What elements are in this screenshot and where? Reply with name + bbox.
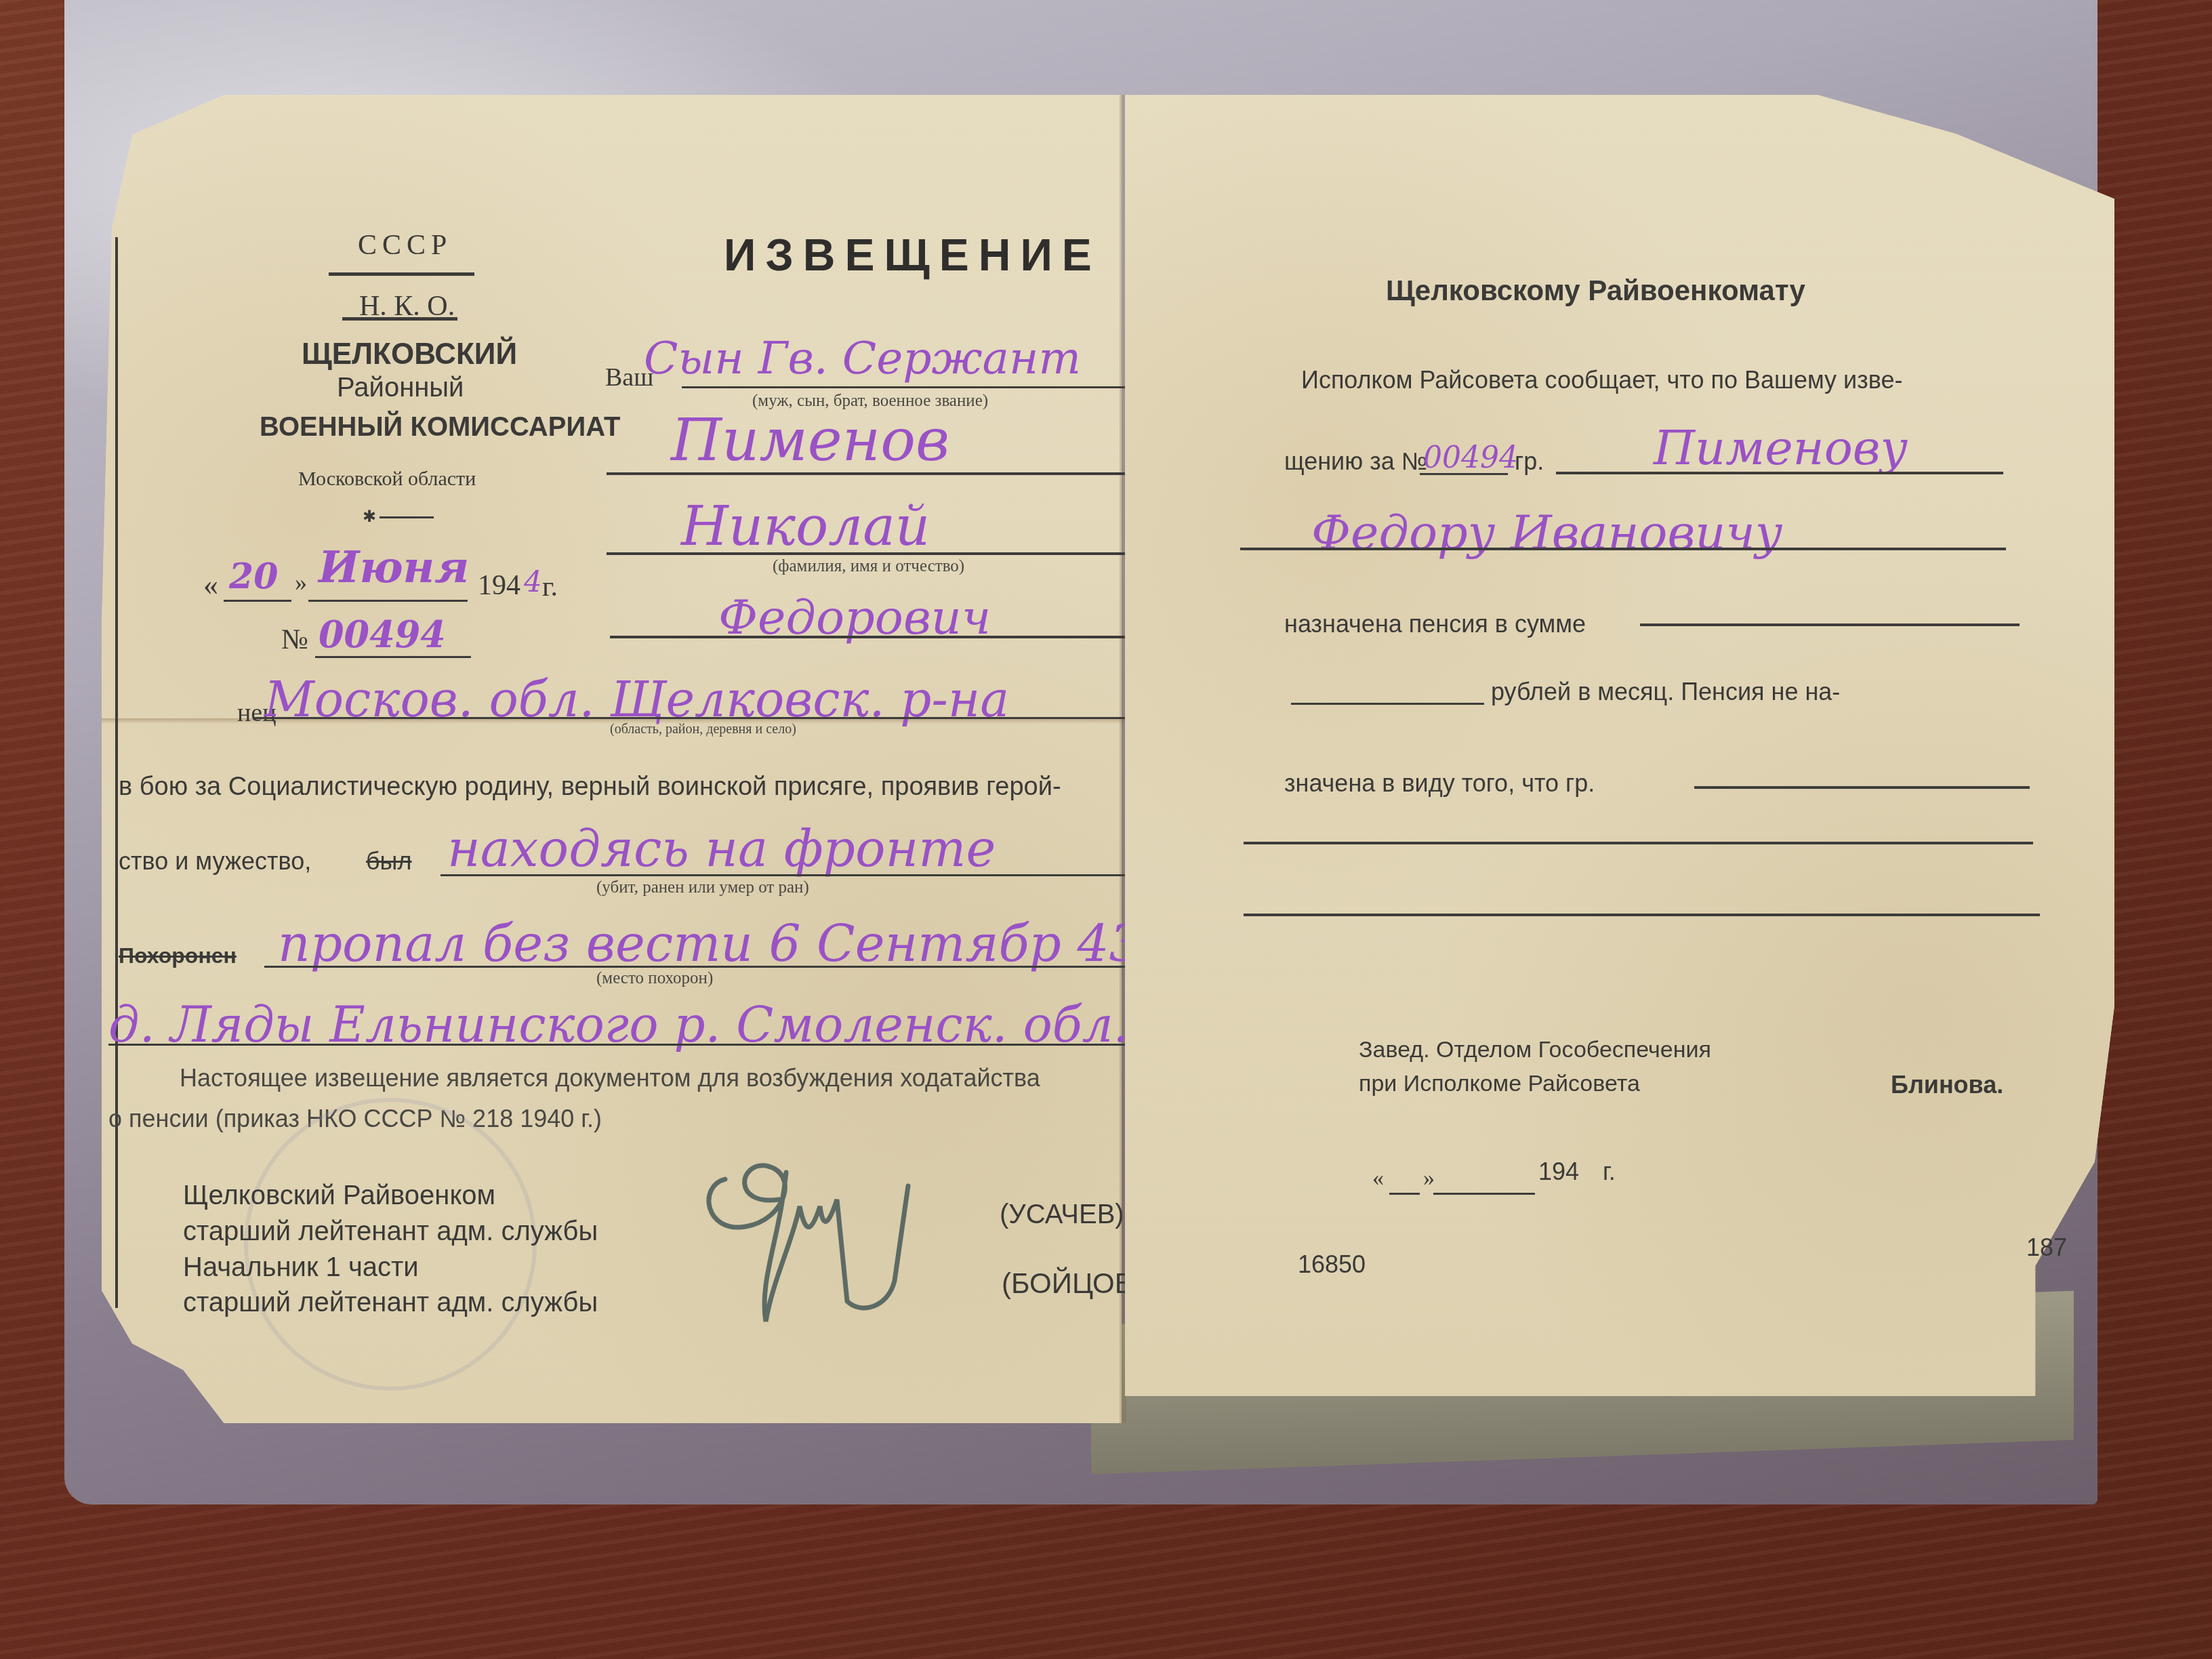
header-country: СССР [358,229,452,262]
right-reason-line-2 [1244,842,2033,844]
right-date-suffix: г. [1603,1158,1616,1186]
signature-icon [684,1145,956,1335]
right-number-value: 00494 [1423,441,1518,475]
origin-value: Москов. обл. Щелковск. р-на [264,671,1009,728]
body-text-line-2: ство и мужество, [119,847,311,876]
right-surname-value: Пименову [1654,420,1908,476]
right-date-day-line [1389,1193,1420,1195]
date-month: Июня [319,542,469,593]
header-district: ЩЕЛКОВСКИЙ [302,337,517,371]
burial-value: пропал без вести 6 Сентябр 43 [278,915,1141,973]
right-reason-line [1694,786,2030,789]
date-open-quote: « [203,568,218,602]
signatory-line-4: старший лейтенант адм. службы [183,1288,598,1318]
right-name-value: Федору Ивановичу [1311,505,1782,560]
print-code: 16850 [1298,1250,1366,1279]
left-border-line [115,237,118,1308]
star-icon: ✱ [363,507,376,527]
body-text-line-1: в бою за Социалистическую родину, верный… [119,773,1061,802]
relation-value: Сын Гв. Сержант [644,332,1081,384]
status-line [441,874,1200,876]
status-caption: (убит, ранен или умер от ран) [596,878,809,897]
right-line-6: значена в виду того, что гр. [1284,769,1595,798]
right-date-open: « [1372,1166,1384,1191]
right-official-2: при Исполкоме Райсовета [1359,1071,1640,1097]
page-number: 187 [2026,1233,2067,1262]
right-name-line [1240,548,2006,550]
date-year-suffix: г. [542,571,558,603]
header-rule-1 [329,272,474,276]
footer-text-line-1: Настоящее извещение является документом … [180,1064,1040,1092]
struck-word-was: был [366,847,412,876]
date-year-printed: 194 [478,569,520,602]
right-line-4: назначена пенсия в сумме [1284,610,1586,638]
origin-caption: (область, район, деревня и село) [610,722,796,737]
date-month-line [308,600,468,602]
patronymic-line [610,636,1200,638]
surname-line [607,472,1196,475]
signatory-line-2: старший лейтенант адм. службы [183,1216,598,1247]
date-close-quote: » [295,568,307,596]
right-date-month-line [1433,1193,1535,1195]
relation-line [682,386,1187,388]
status-value: находясь на фронте [447,820,996,878]
right-pension-amount-line [1640,623,2020,626]
right-official-name: Блинова. [1891,1071,2003,1099]
right-gr-label: гр. [1515,447,1544,476]
right-date-close: » [1423,1166,1435,1191]
date-day: 20 [229,556,278,597]
signatory-line-3: Начальник 1 части [183,1252,419,1283]
right-official-1: Завед. Отделом Гособеспечения [1359,1037,1711,1063]
burial-label-struck: Похоронен [119,943,237,968]
place-line [108,1044,1200,1046]
name-caption: (фамилия, имя и отчество) [773,557,964,576]
header-rule-3 [380,516,434,518]
signatory-name-2: (БОЙЦОВ) [1002,1267,1143,1300]
signatory-line-1: Щелковский Райвоенком [183,1181,495,1211]
header-region: Московской области [298,468,476,491]
number-label: № [281,623,308,656]
burial-line [264,966,1200,968]
right-line-2-prefix: щению за № [1284,447,1427,476]
date-year-handwritten: 4 [524,565,542,598]
right-title: Щелковскому Райвоенкомату [1386,274,1805,307]
document-title: ИЗВЕЩЕНИЕ [724,229,1101,281]
surname-value: Пименов [671,407,949,474]
number-line [315,656,471,658]
right-date-year: 194 [1538,1158,1579,1186]
right-surname-line [1556,472,2003,474]
origin-line [254,717,1203,719]
header-rule-2 [342,317,457,321]
signatory-name-1: (УСАЧЕВ) [1000,1200,1124,1230]
date-day-line [224,600,291,602]
right-line-1: Исполком Райсовета сообщает, что по Ваше… [1301,366,1902,394]
right-number-line [1420,473,1508,475]
right-rubles-line [1291,703,1484,705]
name-value: Николай [681,495,930,558]
name-line [607,552,1196,555]
header-district-type: Районный [337,373,464,403]
header-office: ВОЕННЫЙ КОМИССАРИАТ [260,412,621,443]
number-value: 00494 [319,613,446,656]
right-line-5: рублей в месяц. Пенсия не на- [1491,678,1840,706]
right-reason-line-3 [1244,914,2040,916]
burial-caption: (место похорон) [596,969,713,988]
